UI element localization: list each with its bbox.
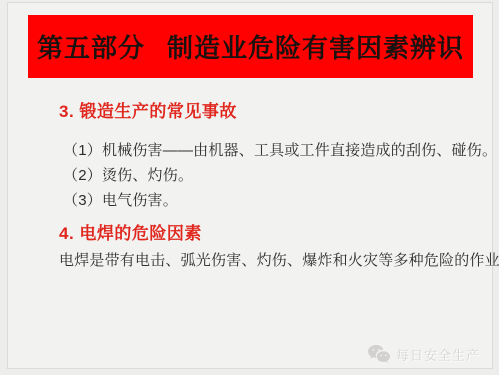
watermark: 每日安全生产 (367, 344, 480, 364)
list-item-mechanical-injury: （1）机械伤害——由机器、工具或工件直接造成的刮伤、碰伤。 (63, 143, 497, 158)
watermark-label: 每日安全生产 (396, 345, 480, 364)
slide-screenshot: 第五部分 制造业危险有害因素辨识 3. 锻造生产的常见事故 （1）机械伤害——由… (0, 0, 499, 375)
title-banner: 第五部分 制造业危险有害因素辨识 (28, 15, 473, 78)
banner-part-label: 第五部分 (37, 28, 145, 65)
banner-title: 制造业危险有害因素辨识 (167, 28, 464, 65)
section-heading-welding: 4. 电焊的危险因素 (59, 225, 202, 242)
slide-page: 第五部分 制造业危险有害因素辨识 3. 锻造生产的常见事故 （1）机械伤害——由… (7, 2, 493, 369)
welding-hazard-paragraph: 电焊是带有电击、弧光伤害、灼伤、爆炸和火灾等多种危险的作业。 (59, 253, 499, 268)
list-item-electrical-injury: （3）电气伤害。 (63, 193, 178, 208)
list-item-scald-burn: （2）烫伤、灼伤。 (63, 168, 193, 183)
section-heading-forging: 3. 锻造生产的常见事故 (59, 103, 237, 120)
wechat-icon (367, 344, 391, 364)
